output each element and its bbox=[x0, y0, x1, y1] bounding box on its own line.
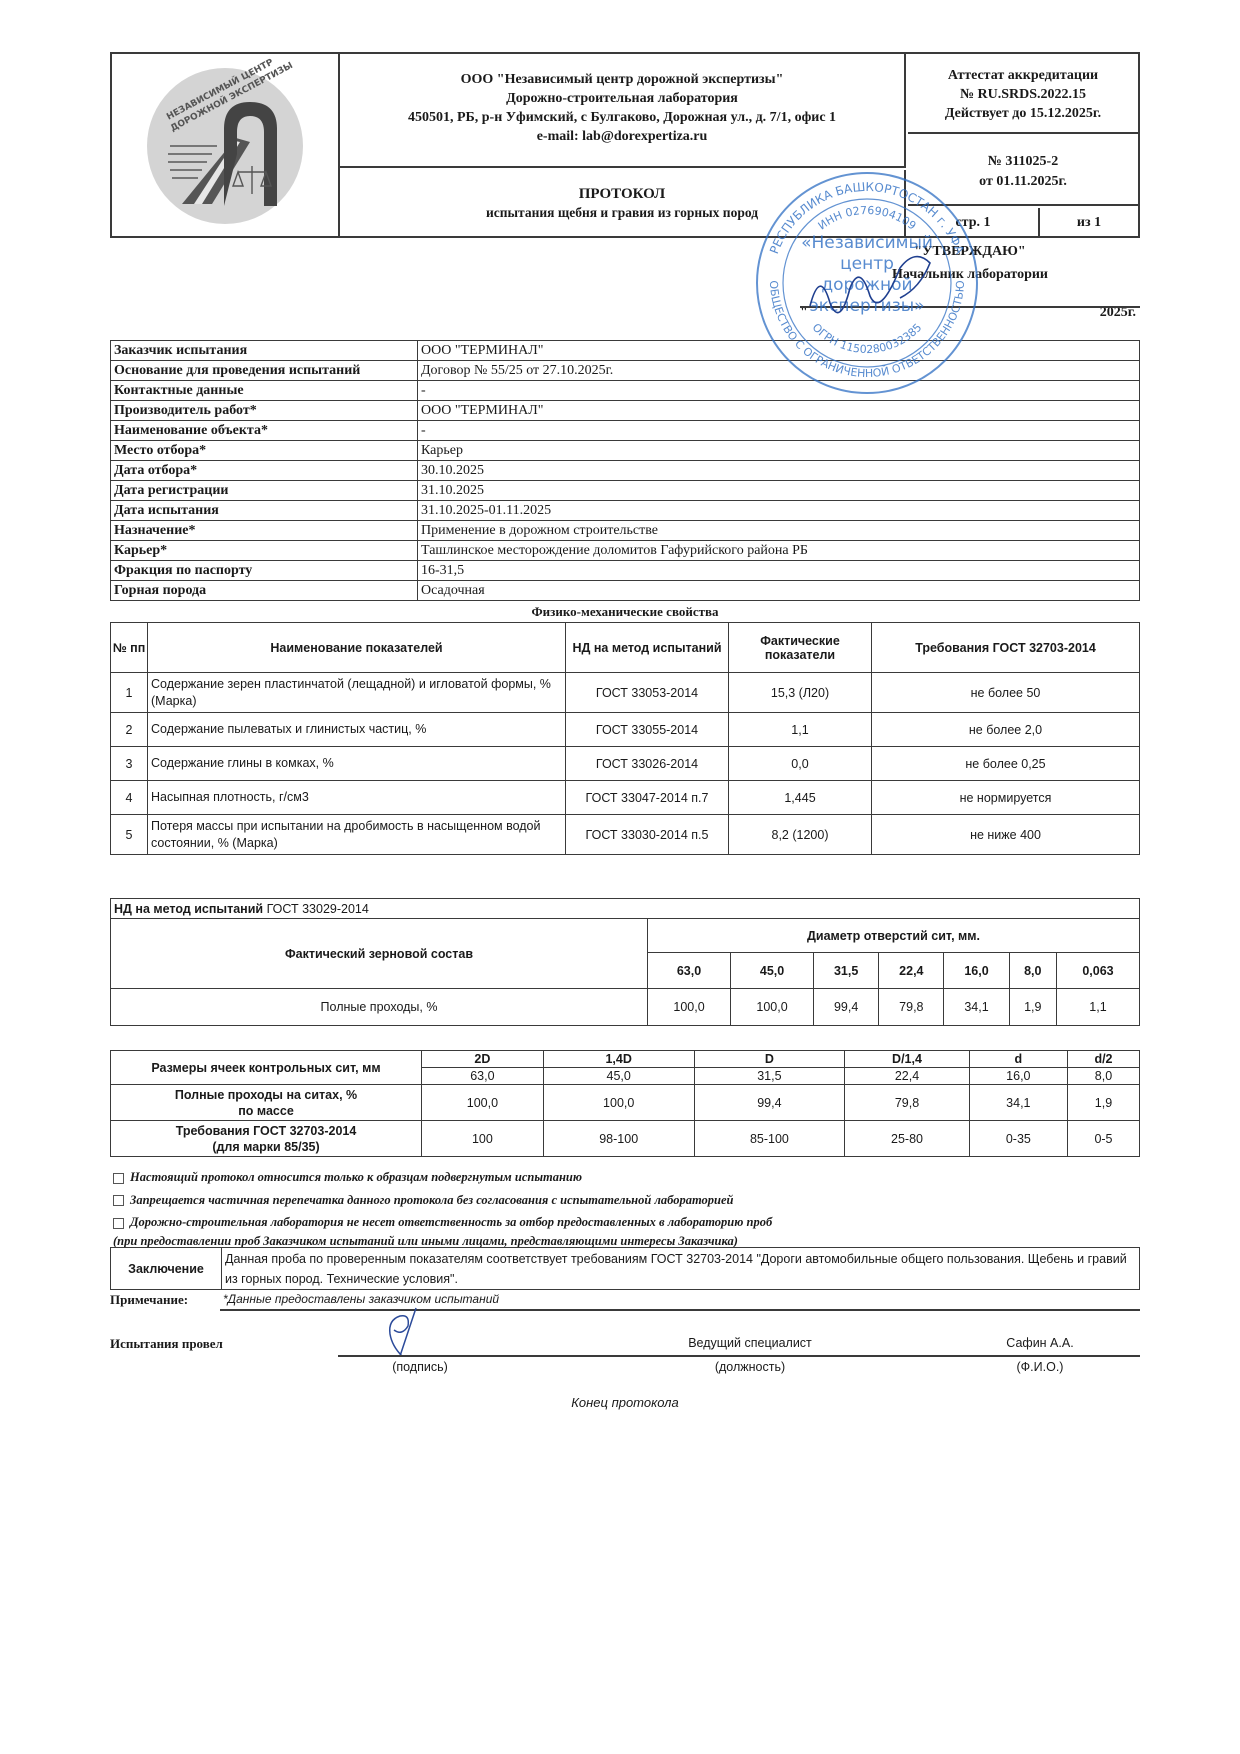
pass-value: 99,4 bbox=[694, 1085, 845, 1121]
accreditation-block: Аттестат аккредитации № RU.SRDS.2022.15 … bbox=[908, 54, 1138, 134]
organization-block: ООО "Независимый центр дорожной эксперти… bbox=[340, 54, 906, 168]
pass-label: Полные проходы, % bbox=[111, 989, 648, 1026]
row-requirement: не более 0,25 bbox=[872, 747, 1140, 781]
info-value: Применение в дорожном строительстве bbox=[418, 521, 1140, 541]
info-label: Дата испытания bbox=[111, 501, 418, 521]
pass-value: 1,9 bbox=[1009, 989, 1056, 1026]
sieve-size: 22,4 bbox=[845, 1068, 969, 1085]
pass-value: 79,8 bbox=[845, 1085, 969, 1121]
info-value: 31.10.2025-01.11.2025 bbox=[418, 501, 1140, 521]
info-value: Ташлинское месторождение доломитов Гафур… bbox=[418, 541, 1140, 561]
info-label: Дата отбора* bbox=[111, 461, 418, 481]
pass-value: 100,0 bbox=[543, 1085, 694, 1121]
note-text: Дорожно-строительная лаборатория не несе… bbox=[130, 1215, 772, 1229]
sieve-code: D/1,4 bbox=[845, 1051, 969, 1068]
pass-value: 34,1 bbox=[969, 1085, 1067, 1121]
page-number: стр. 1 bbox=[908, 208, 1040, 238]
approve-date-line bbox=[800, 306, 1140, 308]
caption-signature: (подпись) bbox=[360, 1360, 480, 1374]
info-row: Карьер*Ташлинское месторождение доломито… bbox=[111, 541, 1140, 561]
row-requirement: не ниже 400 bbox=[872, 815, 1140, 855]
row-actual: 1,445 bbox=[729, 781, 872, 815]
control-sieves-table: Размеры ячеек контрольных сит, мм 2D1,4D… bbox=[110, 1050, 1140, 1157]
sieve-code: 2D bbox=[422, 1051, 544, 1068]
control-pass-label: Полные проходы на ситах, %по массе bbox=[111, 1085, 422, 1121]
note-item: Настоящий протокол относится только к об… bbox=[113, 1166, 1143, 1189]
info-row: Место отбора*Карьер bbox=[111, 441, 1140, 461]
signature-scribble-icon bbox=[372, 1306, 432, 1361]
col-method: НД на метод испытаний bbox=[566, 623, 729, 673]
pass-value: 1,1 bbox=[1056, 989, 1139, 1026]
info-row: Дата испытания31.10.2025-01.11.2025 bbox=[111, 501, 1140, 521]
row-requirement: не более 2,0 bbox=[872, 713, 1140, 747]
control-req-label: Требования ГОСТ 32703-2014(для марки 85/… bbox=[111, 1121, 422, 1157]
signature-label: Испытания провел bbox=[110, 1336, 223, 1352]
info-row: Назначение*Применение в дорожном строите… bbox=[111, 521, 1140, 541]
control-size-label: Размеры ячеек контрольных сит, мм bbox=[111, 1051, 422, 1085]
sieve-header: Диаметр отверстий сит, мм. bbox=[648, 919, 1140, 953]
row-actual: 8,2 (1200) bbox=[729, 815, 872, 855]
info-label: Место отбора* bbox=[111, 441, 418, 461]
req-value: 85-100 bbox=[694, 1121, 845, 1157]
row-method: ГОСТ 33030-2014 п.5 bbox=[566, 815, 729, 855]
note-text: Настоящий протокол относится только к об… bbox=[130, 1170, 582, 1184]
sieve-size: 8,0 bbox=[1009, 953, 1056, 989]
sieve-size: 31,5 bbox=[814, 953, 879, 989]
info-value: - bbox=[418, 381, 1140, 401]
sieve-code: d bbox=[969, 1051, 1067, 1068]
props-row: 2Содержание пылеватых и глинистых частиц… bbox=[111, 713, 1140, 747]
col-requirements: Требования ГОСТ 32703-2014 bbox=[872, 623, 1140, 673]
info-label: Горная порода bbox=[111, 581, 418, 601]
sieve-code: 1,4D bbox=[543, 1051, 694, 1068]
info-label: Производитель работ* bbox=[111, 401, 418, 421]
row-num: 1 bbox=[111, 673, 148, 713]
checkbox-icon bbox=[113, 1173, 124, 1184]
signature-block: Испытания провел Ведущий специалист Сафи… bbox=[110, 1336, 1140, 1396]
sieve-size: 22,4 bbox=[879, 953, 944, 989]
row-name: Содержание глины в комках, % bbox=[148, 747, 566, 781]
control-pass-label-2: по массе bbox=[111, 1103, 421, 1119]
info-value: Карьер bbox=[418, 441, 1140, 461]
sieve-code: d/2 bbox=[1067, 1051, 1139, 1068]
req-value: 0-35 bbox=[969, 1121, 1067, 1157]
caption-name: (Ф.И.О.) bbox=[940, 1360, 1140, 1374]
sieve-code: D bbox=[694, 1051, 845, 1068]
info-label: Карьер* bbox=[111, 541, 418, 561]
pass-value: 100,0 bbox=[731, 989, 814, 1026]
signature-line bbox=[338, 1355, 1140, 1357]
row-num: 4 bbox=[111, 781, 148, 815]
req-value: 25-80 bbox=[845, 1121, 969, 1157]
req-value: 98-100 bbox=[543, 1121, 694, 1157]
pass-value: 99,4 bbox=[814, 989, 879, 1026]
info-value: 16-31,5 bbox=[418, 561, 1140, 581]
sieve-size: 45,0 bbox=[543, 1068, 694, 1085]
info-label: Основание для проведения испытаний bbox=[111, 361, 418, 381]
remark-line bbox=[220, 1309, 1140, 1311]
notes-list: Настоящий протокол относится только к об… bbox=[113, 1166, 1143, 1248]
row-actual: 1,1 bbox=[729, 713, 872, 747]
row-actual: 15,3 (Л20) bbox=[729, 673, 872, 713]
sieve-size: 63,0 bbox=[422, 1068, 544, 1085]
row-name: Содержание пылеватых и глинистых частиц,… bbox=[148, 713, 566, 747]
req-value: 100 bbox=[422, 1121, 544, 1157]
org-email: e-mail: lab@dorexpertiza.ru bbox=[340, 127, 904, 146]
pass-value: 79,8 bbox=[879, 989, 944, 1026]
doc-title: ПРОТОКОЛ bbox=[340, 184, 904, 204]
col-name: Наименование показателей bbox=[148, 623, 566, 673]
pass-value: 100,0 bbox=[422, 1085, 544, 1121]
protocol-date: от 01.11.2025г. bbox=[908, 172, 1138, 192]
accreditation-valid: Действует до 15.12.2025г. bbox=[908, 104, 1138, 123]
note-item: Дорожно-строительная лаборатория не несе… bbox=[113, 1211, 1143, 1234]
info-label: Заказчик испытания bbox=[111, 341, 418, 361]
info-row: Фракция по паспорту16-31,5 bbox=[111, 561, 1140, 581]
conclusion-table: Заключение Данная проба по проверенным п… bbox=[110, 1247, 1140, 1290]
row-num: 5 bbox=[111, 815, 148, 855]
note-continuation: (при предоставлении проб Заказчиком испы… bbox=[113, 1234, 1143, 1248]
note-text: Запрещается частичная перепечатка данног… bbox=[130, 1193, 733, 1207]
signer-position: Ведущий специалист bbox=[630, 1336, 870, 1350]
control-pass-label-1: Полные проходы на ситах, % bbox=[111, 1087, 421, 1103]
req-value: 0-5 bbox=[1067, 1121, 1139, 1157]
info-value: - bbox=[418, 421, 1140, 441]
doc-subtitle: испытания щебня и гравия из горных пород bbox=[340, 204, 904, 222]
remark-label: Примечание: bbox=[110, 1292, 188, 1308]
protocol-number-block: № 311025-2 от 01.11.2025г. bbox=[908, 136, 1138, 206]
control-req-label-1: Требования ГОСТ 32703-2014 bbox=[111, 1123, 421, 1139]
approval-block: "УТВЕРЖДАЮ" Начальник лаборатории " 2025… bbox=[800, 240, 1140, 325]
grain-row-header: Фактический зерновой состав bbox=[111, 919, 648, 989]
end-of-protocol: Конец протокола bbox=[110, 1395, 1140, 1410]
info-label: Контактные данные bbox=[111, 381, 418, 401]
grain-method-label: НД на метод испытаний bbox=[114, 902, 263, 916]
info-row: Наименование объекта*- bbox=[111, 421, 1140, 441]
col-num: № пп bbox=[111, 623, 148, 673]
info-label: Назначение* bbox=[111, 521, 418, 541]
row-method: ГОСТ 33026-2014 bbox=[566, 747, 729, 781]
row-name: Содержание зерен пластинчатой (лещадной)… bbox=[148, 673, 566, 713]
lab-logo-icon: НЕЗАВИСИМЫЙ ЦЕНТР ДОРОЖНОЙ ЭКСПЕРТИЗЫ bbox=[112, 54, 338, 238]
grain-method-cell: НД на метод испытаний ГОСТ 33029-2014 bbox=[111, 899, 1140, 919]
info-row: Горная породаОсадочная bbox=[111, 581, 1140, 601]
sieve-size: 16,0 bbox=[969, 1068, 1067, 1085]
approve-position: Начальник лаборатории bbox=[800, 267, 1140, 283]
props-row: 1Содержание зерен пластинчатой (лещадной… bbox=[111, 673, 1140, 713]
sieve-size: 45,0 bbox=[731, 953, 814, 989]
grain-composition-table: НД на метод испытаний ГОСТ 33029-2014 Фа… bbox=[110, 898, 1140, 1026]
info-value: 31.10.2025 bbox=[418, 481, 1140, 501]
pass-value: 34,1 bbox=[944, 989, 1009, 1026]
col-actual: Фактические показатели bbox=[729, 623, 872, 673]
document-header: НЕЗАВИСИМЫЙ ЦЕНТР ДОРОЖНОЙ ЭКСПЕРТИЗЫ ОО… bbox=[110, 52, 1140, 238]
props-row: 4Насыпная плотность, г/см3ГОСТ 33047-201… bbox=[111, 781, 1140, 815]
sieve-size: 0,063 bbox=[1056, 953, 1139, 989]
info-value: ООО "ТЕРМИНАЛ" bbox=[418, 401, 1140, 421]
info-label: Дата регистрации bbox=[111, 481, 418, 501]
checkbox-icon bbox=[113, 1195, 124, 1206]
props-row: 5Потеря массы при испытании на дробимост… bbox=[111, 815, 1140, 855]
row-method: ГОСТ 33053-2014 bbox=[566, 673, 729, 713]
control-req-label-2: (для марки 85/35) bbox=[111, 1139, 421, 1155]
remark-text: *Данные предоставлены заказчиком испытан… bbox=[223, 1292, 499, 1306]
info-row: Производитель работ*ООО "ТЕРМИНАЛ" bbox=[111, 401, 1140, 421]
page-total: из 1 bbox=[1040, 208, 1138, 238]
info-row: Дата отбора*30.10.2025 bbox=[111, 461, 1140, 481]
info-label: Наименование объекта* bbox=[111, 421, 418, 441]
row-name: Потеря массы при испытании на дробимость… bbox=[148, 815, 566, 855]
info-row: Контактные данные- bbox=[111, 381, 1140, 401]
row-num: 2 bbox=[111, 713, 148, 747]
info-row: Дата регистрации31.10.2025 bbox=[111, 481, 1140, 501]
protocol-number: № 311025-2 bbox=[908, 152, 1138, 172]
pass-value: 1,9 bbox=[1067, 1085, 1139, 1121]
row-num: 3 bbox=[111, 747, 148, 781]
sieve-size: 8,0 bbox=[1067, 1068, 1139, 1085]
row-actual: 0,0 bbox=[729, 747, 872, 781]
row-method: ГОСТ 33055-2014 bbox=[566, 713, 729, 747]
sieve-size: 63,0 bbox=[648, 953, 731, 989]
row-method: ГОСТ 33047-2014 п.7 bbox=[566, 781, 729, 815]
physical-properties-table: № пп Наименование показателей НД на мето… bbox=[110, 622, 1140, 855]
org-address: 450501, РБ, р-н Уфимский, с Булгаково, Д… bbox=[340, 108, 904, 127]
checkbox-icon bbox=[113, 1218, 124, 1229]
props-row: 3Содержание глины в комках, %ГОСТ 33026-… bbox=[111, 747, 1140, 781]
row-requirement: не более 50 bbox=[872, 673, 1140, 713]
sieve-size: 16,0 bbox=[944, 953, 1009, 989]
document-title-block: ПРОТОКОЛ испытания щебня и гравия из гор… bbox=[340, 170, 906, 238]
info-label: Фракция по паспорту bbox=[111, 561, 418, 581]
info-value: Договор № 55/25 от 27.10.2025г. bbox=[418, 361, 1140, 381]
org-name: ООО "Независимый центр дорожной эксперти… bbox=[340, 70, 904, 89]
sieve-size: 31,5 bbox=[694, 1068, 845, 1085]
note-item: Запрещается частичная перепечатка данног… bbox=[113, 1189, 1143, 1212]
conclusion-label: Заключение bbox=[111, 1248, 222, 1290]
info-value: 30.10.2025 bbox=[418, 461, 1140, 481]
caption-position: (должность) bbox=[630, 1360, 870, 1374]
info-value: Осадочная bbox=[418, 581, 1140, 601]
grain-method-value: ГОСТ 33029-2014 bbox=[267, 902, 369, 916]
info-row: Заказчик испытанияООО "ТЕРМИНАЛ" bbox=[111, 341, 1140, 361]
accreditation-number: № RU.SRDS.2022.15 bbox=[908, 85, 1138, 104]
accreditation-title: Аттестат аккредитации bbox=[908, 66, 1138, 85]
info-value: ООО "ТЕРМИНАЛ" bbox=[418, 341, 1140, 361]
row-requirement: не нормируется bbox=[872, 781, 1140, 815]
sample-info-table: Заказчик испытанияООО "ТЕРМИНАЛ"Основани… bbox=[110, 340, 1140, 601]
row-name: Насыпная плотность, г/см3 bbox=[148, 781, 566, 815]
pass-value: 100,0 bbox=[648, 989, 731, 1026]
signer-name: Сафин А.А. bbox=[940, 1336, 1140, 1350]
info-row: Основание для проведения испытанийДогово… bbox=[111, 361, 1140, 381]
props-section-title: Физико-механические свойства bbox=[110, 604, 1140, 620]
conclusion-text: Данная проба по проверенным показателям … bbox=[222, 1248, 1140, 1290]
logo-cell: НЕЗАВИСИМЫЙ ЦЕНТР ДОРОЖНОЙ ЭКСПЕРТИЗЫ bbox=[112, 54, 340, 238]
approve-title: "УТВЕРЖДАЮ" bbox=[800, 244, 1140, 260]
lab-name: Дорожно-строительная лаборатория bbox=[340, 89, 904, 108]
